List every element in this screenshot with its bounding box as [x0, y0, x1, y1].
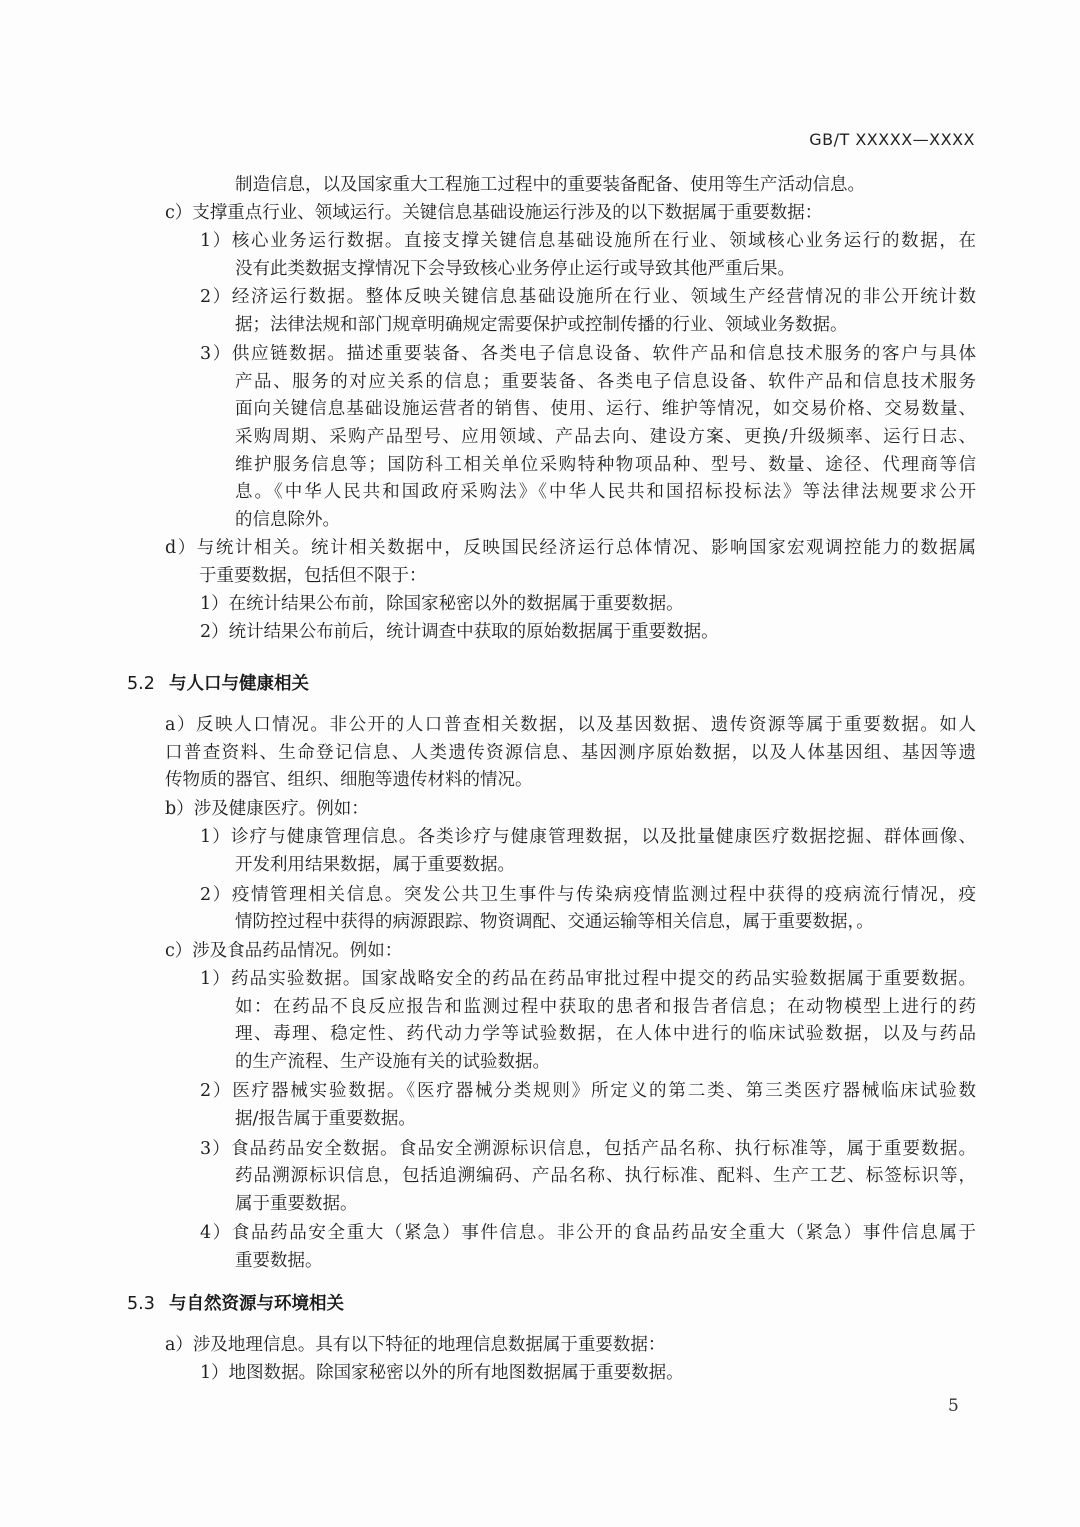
list-item-c3-cont: 属于重要数据。	[235, 1192, 358, 1216]
list-item-c1-cont: 的生产流程、生产设施有关的试验数据。	[235, 1050, 550, 1074]
list-item-b1: 1）诊疗与健康管理信息。各类诊疗与健康管理数据，以及批量健康医疗数据挖掘、群体画…	[200, 825, 976, 849]
section-heading-5-2: 5.2与人口与健康相关	[127, 672, 309, 696]
list-item-c4-cont: 重要数据。	[235, 1249, 323, 1273]
page-number: 5	[948, 1396, 959, 1416]
list-item-c3: 3）食品药品安全数据。食品安全溯源标识信息，包括产品名称、执行标准等，属于重要数…	[200, 1137, 976, 1161]
list-item-c1-cont: 如：在药品不良反应报告和监测过程中获取的患者和报告者信息；在动物模型上进行的药	[235, 995, 976, 1019]
list-item-c1: 1）药品实验数据。国家战略安全的药品在药品审批过程中提交的药品实验数据属于重要数…	[200, 967, 976, 991]
list-item-b: b）涉及健康医疗。例如：	[165, 797, 369, 821]
list-item-c: c）支撑重点行业、领域运行。关键信息基础设施运行涉及的以下数据属于重要数据：	[165, 201, 822, 225]
paragraph-line: 制造信息，以及国家重大工程施工过程中的重要装备配备、使用等生产活动信息。	[235, 173, 865, 197]
list-item-c3-cont: 药品溯源标识信息，包括追溯编码、产品名称、执行标准、配料、生产工艺、标签标识等，	[235, 1164, 976, 1188]
section-number: 5.3	[127, 1292, 169, 1316]
list-item-a-cont: 传物质的器官、组织、细胞等遗传材料的情况。	[165, 768, 533, 792]
list-item-c2-cont: 据；法律法规和部门规章明确规定需要保护或控制传播的行业、领域业务数据。	[235, 313, 848, 337]
list-item-c3-cont: 产品、服务的对应关系的信息；重要装备、各类电子信息设备、软件产品和信息技术服务	[235, 370, 976, 394]
list-item-c2: 2）经济运行数据。整体反映关键信息基础设施所在行业、领域生产经营情况的非公开统计…	[200, 285, 976, 309]
document-page: GB/T XXXXX—XXXX 制造信息，以及国家重大工程施工过程中的重要装备配…	[0, 0, 1080, 1527]
list-item-d-cont: 于重要数据，包括但不限于：	[199, 564, 427, 588]
list-item-c2-cont: 据/报告属于重要数据。	[235, 1107, 416, 1131]
section-title: 与自然资源与环境相关	[169, 1294, 344, 1314]
list-item-b2-cont: 情防控过程中获得的病源跟踪、物资调配、交通运输等相关信息，属于重要数据，。	[235, 910, 874, 934]
list-item-a: a）涉及地理信息。具有以下特征的地理信息数据属于重要数据：	[165, 1333, 665, 1357]
list-item-c: c）涉及食品药品情况。例如：	[165, 939, 402, 963]
list-item-c4: 4）食品药品安全重大（紧急）事件信息。非公开的食品药品安全重大（紧急）事件信息属…	[200, 1221, 976, 1245]
list-item-a-cont: 口普查资料、生命登记信息、人类遗传资源信息、基因测序原始数据，以及人体基因组、基…	[165, 741, 976, 765]
list-item-c1: 1）核心业务运行数据。直接支撑关键信息基础设施所在行业、领域核心业务运行的数据，…	[200, 229, 976, 253]
list-item-c3-cont: 息。《中华人民共和国政府采购法》《中华人民共和国招标投标法》等法律法规要求公开	[235, 480, 976, 504]
list-item-b2: 2）疫情管理相关信息。突发公共卫生事件与传染病疫情监测过程中获得的疫病流行情况，…	[200, 883, 976, 907]
standard-code-header: GB/T XXXXX—XXXX	[809, 130, 975, 149]
list-item-a: a）反映人口情况。非公开的人口普查相关数据，以及基因数据、遗传资源等属于重要数据…	[165, 713, 976, 737]
list-item-c1-cont: 理、毒理、稳定性、药代动力学等试验数据，在人体中进行的临床试验数据，以及与药品	[235, 1022, 976, 1046]
list-item-d2: 2）统计结果公布前后，统计调查中获取的原始数据属于重要数据。	[200, 620, 719, 644]
list-item-c3-cont: 维护服务信息等；国防科工相关单位采购特种物项品种、型号、数量、途径、代理商等信	[235, 453, 976, 477]
list-item-b1-cont: 开发利用结果数据，属于重要数据。	[235, 853, 515, 877]
list-item-c3-cont: 采购周期、采购产品型号、应用领域、产品去向、建设方案、更换/升级频率、运行日志、	[235, 425, 976, 449]
section-number: 5.2	[127, 672, 169, 696]
list-item-c3-cont: 的信息除外。	[235, 508, 340, 532]
list-item-c3-cont: 面向关键信息基础设施运营者的销售、使用、运行、维护等情况，如交易价格、交易数量、	[235, 397, 976, 421]
list-item-c2: 2）医疗器械实验数据。《医疗器械分类规则》所定义的第二类、第三类医疗器械临床试验…	[200, 1079, 976, 1103]
list-item-d: d）与统计相关。统计相关数据中，反映国民经济运行总体情况、影响国家宏观调控能力的…	[165, 536, 976, 560]
section-heading-5-3: 5.3与自然资源与环境相关	[127, 1292, 344, 1316]
list-item-a1: 1）地图数据。除国家秘密以外的所有地图数据属于重要数据。	[200, 1361, 684, 1385]
list-item-c1-cont: 没有此类数据支撑情况下会导致核心业务停止运行或导致其他严重后果。	[235, 257, 795, 281]
list-item-d1: 1）在统计结果公布前，除国家秘密以外的数据属于重要数据。	[200, 592, 684, 616]
list-item-c3: 3）供应链数据。描述重要装备、各类电子信息设备、软件产品和信息技术服务的客户与具…	[200, 342, 976, 366]
section-title: 与人口与健康相关	[169, 674, 309, 694]
